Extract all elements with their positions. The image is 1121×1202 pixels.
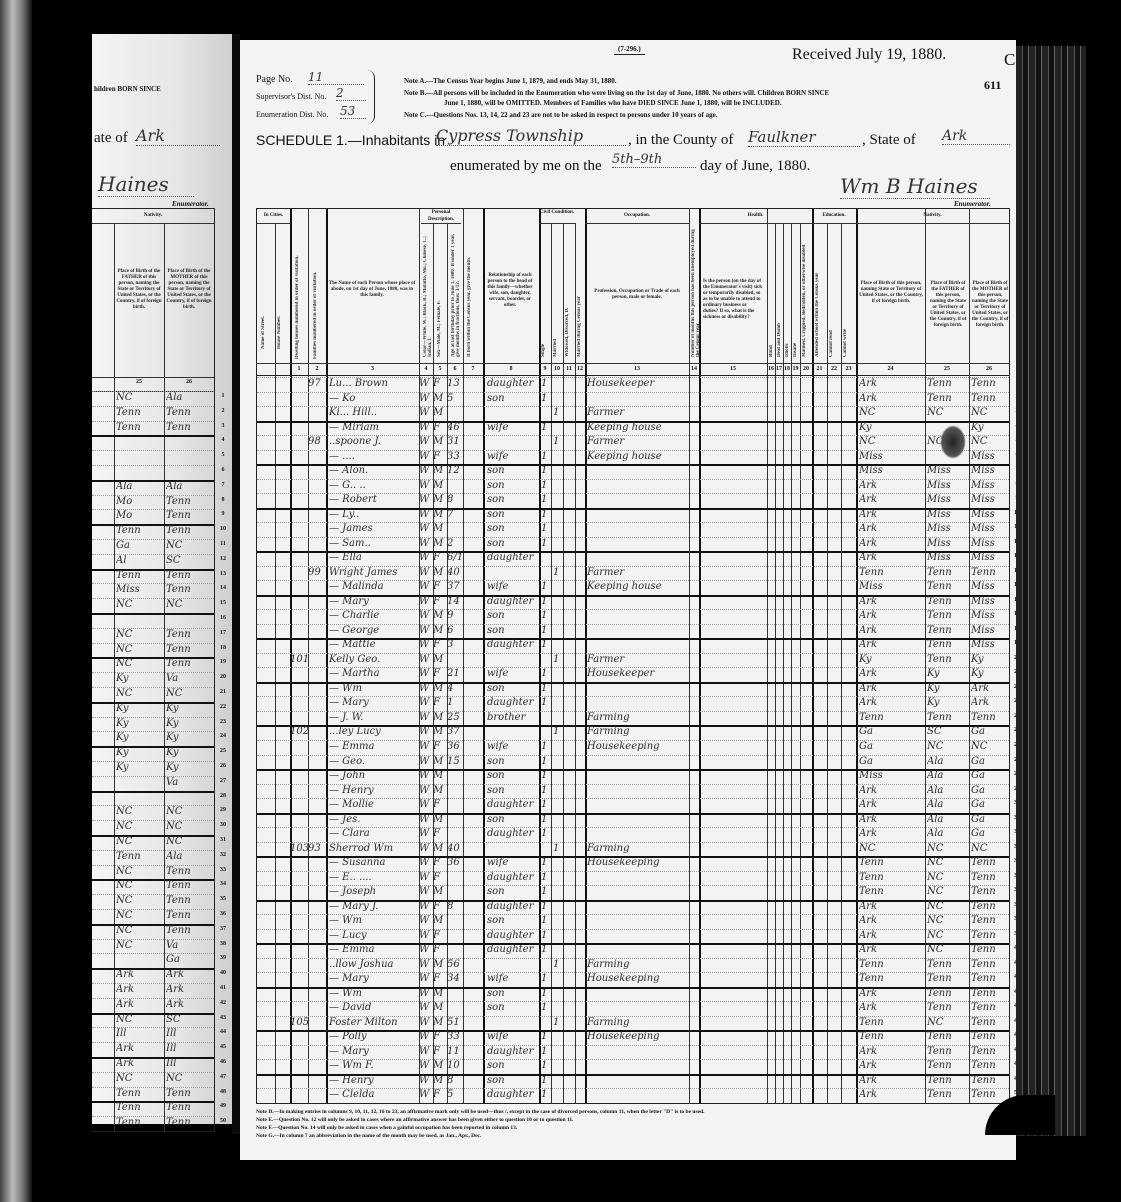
left-row-number: 16 <box>216 615 230 621</box>
left-facing-page: hildren BORN SINCE ate of Ark Haines Enu… <box>92 34 232 1124</box>
enumerator-signature: Wm B Haines <box>840 174 990 199</box>
schedule-label: SCHEDULE 1.—Inhabitants in <box>256 132 445 148</box>
note-b2: June 1, 1880, will be OMITTED. Members o… <box>444 98 782 108</box>
father-birthplace: NC <box>116 865 162 880</box>
father-birthplace: Tenn <box>116 524 162 539</box>
column-number: 18 <box>783 366 791 372</box>
cell-c: W <box>419 377 433 392</box>
cell-c: W <box>419 522 433 537</box>
cell-b: Ark <box>859 667 923 682</box>
cell-bf: NC <box>927 929 969 944</box>
cell-s: F <box>433 1045 447 1060</box>
cell-age: 40 <box>447 566 463 581</box>
cell-c: W <box>419 624 433 639</box>
left-row-number: 6 <box>216 467 230 473</box>
father-birthplace: Tenn <box>116 1087 162 1102</box>
cell-name: — Sam.. <box>329 537 419 552</box>
table-row: — HenryWM8son1ArkTennTenn <box>257 1074 1009 1089</box>
column-number: 19 <box>791 366 800 372</box>
cell-c: W <box>419 943 433 958</box>
cell-name: — Susanna <box>329 856 419 871</box>
cell-b: Ga <box>859 740 923 755</box>
cell-bf: Tenn <box>927 624 969 639</box>
cell-age: 33 <box>447 450 463 465</box>
cell-civ: 1 <box>541 1059 551 1074</box>
cell-civ: 1 <box>541 827 551 842</box>
cell-civ: 1 <box>553 435 563 450</box>
note-a: Note A.—The Census Year begins June 1, 1… <box>404 76 617 86</box>
cell-b: Tenn <box>859 856 923 871</box>
cell-bm: Ark <box>971 696 1009 711</box>
state-value: Ark <box>942 128 1010 145</box>
cell-s: F <box>433 972 447 987</box>
cell-dw: 105 <box>290 1016 308 1031</box>
county-value: Faulkner <box>748 128 860 147</box>
cell-civ: 1 <box>541 900 551 915</box>
cell-bm: Tenn <box>971 972 1009 987</box>
table-row: — WmWMson1ArkNCTenn <box>257 914 1009 929</box>
cell-c: W <box>419 638 433 653</box>
mother-birthplace: NC <box>166 1072 212 1087</box>
col8-head: Relationship of each person to the head … <box>485 273 535 309</box>
cell-civ: 1 <box>541 943 551 958</box>
cell-bf: Ala <box>927 798 969 813</box>
cell-s: F <box>433 900 447 915</box>
left-row-number: 18 <box>216 645 230 651</box>
cell-name: — G.. .. <box>329 479 419 494</box>
cell-civ: 1 <box>541 537 551 552</box>
mother-birthplace: Ill <box>166 1042 212 1057</box>
mother-birthplace: NC <box>166 539 212 554</box>
column-number: 13 <box>585 366 689 372</box>
mother-birthplace: NC <box>166 687 212 702</box>
cell-bf: Tenn <box>927 580 969 595</box>
cell-b: Ark <box>859 609 923 624</box>
cell-civ: 1 <box>541 450 551 465</box>
father-birthplace: Mo <box>116 509 162 524</box>
cell-occ: Farmer <box>587 566 687 581</box>
cell-c: W <box>419 464 433 479</box>
left-row-number: 32 <box>216 852 230 858</box>
cell-c: W <box>419 1059 433 1074</box>
left-row-number: 10 <box>216 526 230 532</box>
cell-civ: 1 <box>541 914 551 929</box>
cell-civ: 1 <box>541 667 551 682</box>
cell-s: F <box>433 1030 447 1045</box>
cell-s: M <box>433 987 447 1002</box>
page-number: 11 <box>308 70 364 85</box>
cell-civ: 1 <box>553 842 563 857</box>
left-table: Nativity. Place of Birth of the FATHER o… <box>92 208 215 1132</box>
father-birthplace: NC <box>116 598 162 613</box>
cell-name: Lu... Brown <box>329 377 419 392</box>
note-c: Note C.—Questions Nos. 13, 14, 22 and 23… <box>404 110 717 120</box>
column-number: 11 <box>563 366 575 372</box>
cell-occ: Housekeeping <box>587 740 687 755</box>
left-row-number: 38 <box>216 941 230 947</box>
cell-bm: Ga <box>971 813 1009 828</box>
column-number: 12 <box>575 366 585 372</box>
table-row: — GeorgeWM6son1ArkTennMiss <box>257 624 1009 639</box>
cell-s: M <box>433 435 447 450</box>
cell-c: W <box>419 929 433 944</box>
left-row-number: 35 <box>216 896 230 902</box>
cell-name: ...ley Lucy <box>329 725 419 740</box>
table-row: — EmmaWFdaughter1ArkNCTenn <box>257 943 1009 958</box>
cell-b: Ark <box>859 595 923 610</box>
cell-c: W <box>419 987 433 1002</box>
cell-name: — Emma <box>329 740 419 755</box>
cell-b: Ark <box>859 392 923 407</box>
left-row-number: 12 <box>216 556 230 562</box>
cell-rel: daughter <box>487 696 537 711</box>
mother-birthplace: Tenn <box>166 524 212 539</box>
cell-rel: wife <box>487 856 537 871</box>
cell-c: W <box>419 755 433 770</box>
mother-birthplace: Tenn <box>166 628 212 643</box>
cell-b: Ark <box>859 624 923 639</box>
left-enumerator-label: Enumerator. <box>172 200 209 208</box>
cell-name: Sherrod Wm <box>329 842 419 857</box>
cell-b: Ark <box>859 377 923 392</box>
col13-head: Profession, Occupation or Trade of each … <box>591 289 683 301</box>
cell-civ: 1 <box>541 1030 551 1045</box>
cell-b: Tenn <box>859 711 923 726</box>
cell-bm: Ky <box>971 667 1009 682</box>
table-row: — Wm F.WM10son1ArkTennTenn <box>257 1059 1009 1074</box>
cell-s: F <box>433 551 447 566</box>
book-edge-left <box>0 0 32 1202</box>
table-row: — KoWM5son1ArkTennTenn <box>257 392 1009 407</box>
cell-b: Ark <box>859 522 923 537</box>
cell-c: W <box>419 580 433 595</box>
cell-occ: Housekeeping <box>587 856 687 871</box>
column-number: 22 <box>827 366 841 372</box>
cell-occ: Farming <box>587 958 687 973</box>
table-row: 98..spoone J.WM311FarmerNCNCNC <box>257 435 1009 450</box>
cell-rel: wife <box>487 421 537 436</box>
cell-s: M <box>433 769 447 784</box>
cell-s: M <box>433 711 447 726</box>
father-birthplace: NC <box>116 1013 162 1028</box>
left-row-number: 48 <box>216 1089 230 1095</box>
column-number: 17 <box>775 366 783 372</box>
cell-bm: Tenn <box>971 566 1009 581</box>
left-top-note: hildren BORN SINCE <box>94 84 161 94</box>
cell-bm: Miss <box>971 551 1009 566</box>
table-row: — Ly..WM7son1ArkMissMiss <box>257 508 1009 523</box>
cell-s: M <box>433 958 447 973</box>
left-row-number: 8 <box>216 497 230 503</box>
cell-bf: Tenn <box>927 1088 969 1103</box>
cell-civ: 1 <box>541 392 551 407</box>
cell-bf: Miss <box>927 522 969 537</box>
cell-name: — Charlie <box>329 609 419 624</box>
column-number: 25 <box>925 366 969 372</box>
cell-rel: son <box>487 493 537 508</box>
cell-rel: son <box>487 755 537 770</box>
mother-birthplace: Ala <box>166 850 212 865</box>
cell-name: — Alon. <box>329 464 419 479</box>
cell-name: Kelly Geo. <box>329 653 419 668</box>
cell-name: — Ko <box>329 392 419 407</box>
mother-birthplace: Tenn <box>166 924 212 939</box>
cell-s: F <box>433 798 447 813</box>
father-birthplace: Tenn <box>116 421 162 436</box>
left-row-number: 33 <box>216 867 230 873</box>
left-row-number: 40 <box>216 970 230 976</box>
cell-bm: Tenn <box>971 856 1009 871</box>
cell-rel: son <box>487 1059 537 1074</box>
cell-civ: 1 <box>541 740 551 755</box>
cell-bm: Tenn <box>971 987 1009 1002</box>
cell-bm: NC <box>971 740 1009 755</box>
left-row-number: 4 <box>216 437 230 443</box>
note-f: Note F.—Question No. 14 will only be ask… <box>256 1124 1016 1132</box>
cell-s: M <box>433 1016 447 1031</box>
cell-civ: 1 <box>553 725 563 740</box>
col24-head: Place of Birth of this person, naming St… <box>859 281 923 305</box>
mother-birthplace: Tenn <box>166 509 212 524</box>
census-page: (7-296.) Received July 19, 1880. C. 611 … <box>240 40 1016 1160</box>
mother-birthplace: NC <box>166 835 212 850</box>
cell-c: W <box>419 813 433 828</box>
cell-name: Ki... Hill.. <box>329 406 419 421</box>
cell-age: 3 <box>447 638 463 653</box>
father-birthplace: Ky <box>116 702 162 717</box>
father-birthplace: Tenn <box>116 569 162 584</box>
table-row: 97Lu... BrownWF13daughter1HousekeeperArk… <box>257 377 1009 392</box>
left-row-number: 29 <box>216 807 230 813</box>
table-row: — EllaWF6/12daughterArkMissMiss <box>257 551 1009 566</box>
cell-bf: Tenn <box>927 638 969 653</box>
mother-birthplace: Ala <box>166 391 212 406</box>
left-row-number: 26 <box>216 763 230 769</box>
table-row: — J. W.WM25brotherFarmingTennTennTenn <box>257 711 1009 726</box>
table-row: — CleldaWF5daughter1ArkTennTenn <box>257 1088 1009 1103</box>
cell-s: M <box>433 609 447 624</box>
cell-bf: NC <box>927 871 969 886</box>
father-birthplace: NC <box>116 628 162 643</box>
cell-c: W <box>419 856 433 871</box>
mother-birthplace: Tenn <box>166 1116 212 1131</box>
cell-occ: Farmer <box>587 435 687 450</box>
col25-head: Place of Birth of the FATHER of this per… <box>927 281 969 329</box>
cell-age: 5 <box>447 1088 463 1103</box>
cell-c: W <box>419 392 433 407</box>
cell-age: 56 <box>447 958 463 973</box>
cell-name: — Emma <box>329 943 419 958</box>
left-row-number: 21 <box>216 689 230 695</box>
left-row-number: 19 <box>216 659 230 665</box>
cell-s: M <box>433 755 447 770</box>
cell-bm: Miss <box>971 464 1009 479</box>
cell-bf: NC <box>927 943 969 958</box>
cell-b: Ga <box>859 725 923 740</box>
cell-civ: 1 <box>541 755 551 770</box>
cell-bf: Tenn <box>927 1059 969 1074</box>
cell-c: W <box>419 508 433 523</box>
cell-c: W <box>419 769 433 784</box>
cell-s: F <box>433 827 447 842</box>
mother-birthplace: Ark <box>166 968 212 983</box>
father-birthplace: Tenn <box>116 1101 162 1116</box>
left-row-number: 5 <box>216 452 230 458</box>
cell-bm: Ga <box>971 798 1009 813</box>
mother-birthplace: Ill <box>166 1057 212 1072</box>
cell-s: M <box>433 653 447 668</box>
cell-civ: 1 <box>553 566 563 581</box>
cell-name: — John <box>329 769 419 784</box>
left-row-number: 47 <box>216 1074 230 1080</box>
cell-name: ..spoone J. <box>329 435 419 450</box>
cell-rel: son <box>487 914 537 929</box>
form-code: (7-296.) <box>614 44 645 55</box>
cell-bf: Tenn <box>927 987 969 1002</box>
cell-b: Ark <box>859 479 923 494</box>
cell-bf: NC <box>927 406 969 421</box>
cell-c: W <box>419 493 433 508</box>
cell-rel: son <box>487 392 537 407</box>
cell-bm: Tenn <box>971 929 1009 944</box>
cell-bf: Miss <box>927 479 969 494</box>
cell-civ: 1 <box>541 682 551 697</box>
cell-bf: NC <box>927 900 969 915</box>
table-row: — WmWMson1ArkTennTenn <box>257 987 1009 1002</box>
father-birthplace: Mo <box>116 495 162 510</box>
table-row: — MaryWF14daughter1ArkTennMiss <box>257 595 1009 610</box>
father-birthplace: Miss <box>116 583 162 598</box>
left-row-number: 15 <box>216 600 230 606</box>
mother-birthplace: Tenn <box>166 406 212 421</box>
column-number: 8 <box>483 366 539 372</box>
book-edge-right <box>1016 46 1086 1136</box>
cell-bf: Tenn <box>927 1001 969 1016</box>
cell-c: W <box>419 609 433 624</box>
table-row: — JamesWMson1ArkMissMiss <box>257 522 1009 537</box>
cell-age: 2 <box>447 537 463 552</box>
cell-age: 8 <box>447 493 463 508</box>
cell-bf: Tenn <box>927 566 969 581</box>
cell-name: — Jes. <box>329 813 419 828</box>
father-birthplace: NC <box>116 643 162 658</box>
cell-b: Ark <box>859 1088 923 1103</box>
cell-civ: 1 <box>541 696 551 711</box>
column-number: 16 <box>767 366 775 372</box>
cell-rel: daughter <box>487 1045 537 1060</box>
cell-name: — Clelda <box>329 1088 419 1103</box>
cell-b: NC <box>859 435 923 450</box>
cell-civ: 1 <box>541 624 551 639</box>
cell-s: M <box>433 914 447 929</box>
cell-b: Miss <box>859 450 923 465</box>
cell-name: — Mattie <box>329 638 419 653</box>
cell-s: M <box>433 682 447 697</box>
cell-civ: 1 <box>553 653 563 668</box>
cell-bm: Ga <box>971 755 1009 770</box>
cell-c: W <box>419 1074 433 1089</box>
cell-bm: Ga <box>971 725 1009 740</box>
table-row: — ClaraWFdaughter1ArkAlaGa <box>257 827 1009 842</box>
mother-birthplace: Va <box>166 776 212 791</box>
cell-name: — .... <box>329 450 419 465</box>
table-row: — RobertWM8son1ArkMissMiss <box>257 493 1009 508</box>
cell-rel: daughter <box>487 943 537 958</box>
cell-civ: 1 <box>541 1074 551 1089</box>
left-row-number: 39 <box>216 955 230 961</box>
mother-birthplace: Tenn <box>166 1101 212 1116</box>
cell-s: F <box>433 580 447 595</box>
cell-civ: 1 <box>541 972 551 987</box>
cell-name: — E.. .... <box>329 871 419 886</box>
cell-fam: 98 <box>308 435 326 450</box>
column-number: 24 <box>856 366 925 372</box>
mother-birthplace: Ark <box>166 998 212 1013</box>
cell-rel: daughter <box>487 638 537 653</box>
father-birthplace: NC <box>116 909 162 924</box>
cell-name: — Mary <box>329 595 419 610</box>
cell-bm: Ga <box>971 784 1009 799</box>
cell-s: F <box>433 943 447 958</box>
table-row: — ....WF33wife1Keeping houseMissMiss <box>257 450 1009 465</box>
cell-c: W <box>419 537 433 552</box>
cell-b: NC <box>859 842 923 857</box>
cell-bm: Tenn <box>971 958 1009 973</box>
cell-occ: Keeping house <box>587 421 687 436</box>
cell-age: 8 <box>447 1074 463 1089</box>
cell-civ: 1 <box>541 638 551 653</box>
father-birthplace: Ky <box>116 746 162 761</box>
cell-bf: Ala <box>927 755 969 770</box>
cell-bm: Miss <box>971 522 1009 537</box>
township-value: Cypress Township <box>436 126 626 146</box>
cell-fam: 99 <box>308 566 326 581</box>
cell-age: 33 <box>447 1030 463 1045</box>
cell-occ: Farming <box>587 842 687 857</box>
table-row: — E.. ....WFdaughter1TennNCTenn <box>257 871 1009 886</box>
left-row-number: 9 <box>216 511 230 517</box>
cell-rel: wife <box>487 972 537 987</box>
cell-name: — Robert <box>329 493 419 508</box>
cell-civ: 1 <box>541 609 551 624</box>
cell-civ: 1 <box>541 885 551 900</box>
cell-bf: Tenn <box>927 711 969 726</box>
cell-c: W <box>419 479 433 494</box>
cell-bm: Tenn <box>971 711 1009 726</box>
mother-birthplace: Ky <box>166 702 212 717</box>
father-birthplace: Tenn <box>116 406 162 421</box>
cell-c: W <box>419 696 433 711</box>
cell-rel: daughter <box>487 1088 537 1103</box>
cell-b: Ark <box>859 682 923 697</box>
enumerator-label: Enumerator. <box>954 200 991 208</box>
cell-civ: 1 <box>541 464 551 479</box>
cell-rel: son <box>487 508 537 523</box>
cell-civ: 1 <box>553 958 563 973</box>
father-birthplace: Ill <box>116 1027 162 1042</box>
cell-c: W <box>419 1045 433 1060</box>
table-row: — SusannaWF36wife1HousekeepingTennNCTenn <box>257 856 1009 871</box>
cell-occ: Farmer <box>587 653 687 668</box>
cell-name: — David <box>329 1001 419 1016</box>
cell-rel: son <box>487 813 537 828</box>
cell-civ: 1 <box>541 798 551 813</box>
cell-name: Foster Milton <box>329 1016 419 1031</box>
cell-civ: 1 <box>541 522 551 537</box>
cell-b: Tenn <box>859 972 923 987</box>
cell-civ: 1 <box>541 479 551 494</box>
left-row-number: 22 <box>216 704 230 710</box>
